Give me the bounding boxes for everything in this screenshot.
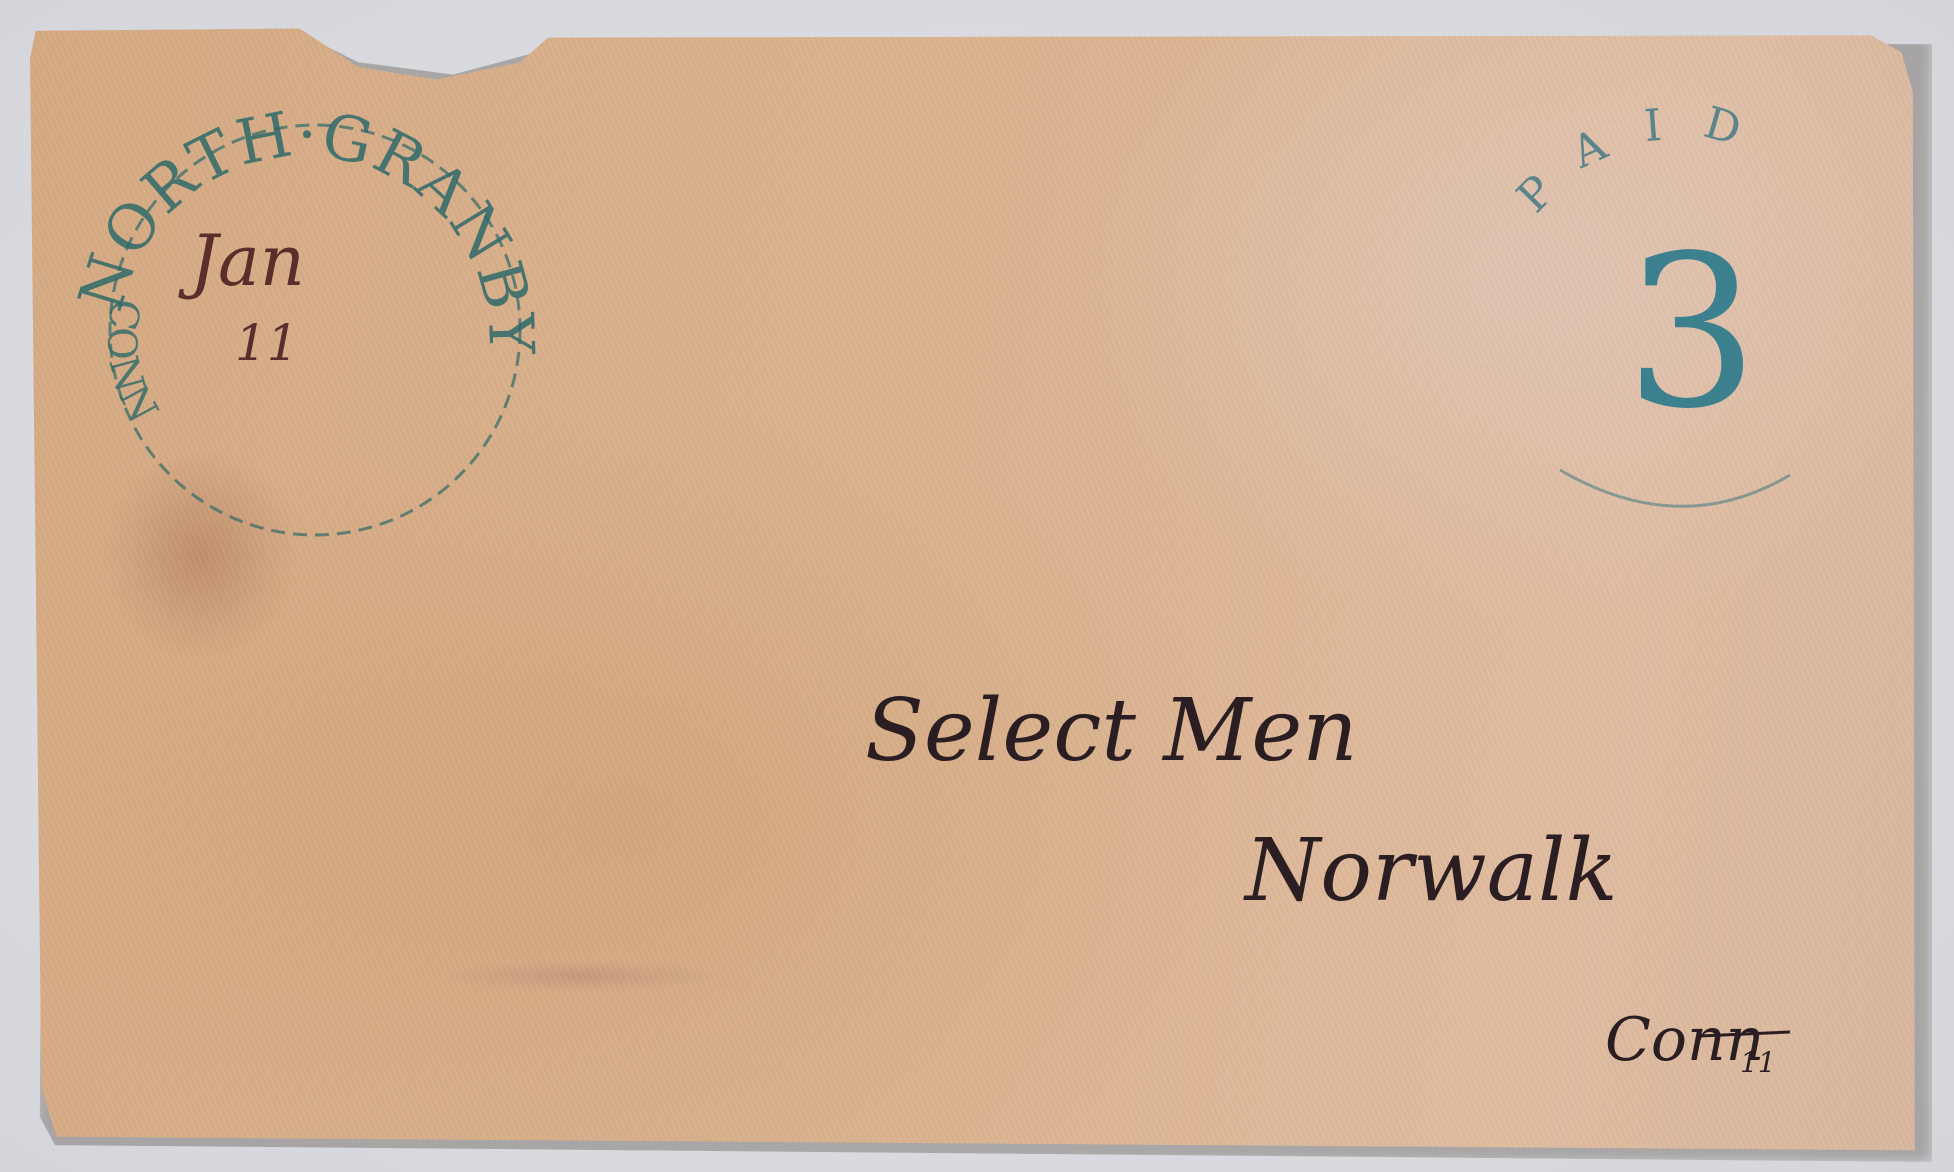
photo-scene: NORTH·GRANBY CONN Jan 11 PAID 3 Select M… bbox=[0, 0, 1954, 1172]
paid-text: PAID bbox=[1507, 97, 1783, 223]
postmark-month: Jan bbox=[178, 220, 305, 302]
postmark-state: CONN bbox=[98, 295, 167, 430]
envelope-markings: NORTH·GRANBY CONN Jan 11 PAID 3 Select M… bbox=[0, 0, 1954, 1172]
rate-numeral: 3 bbox=[1625, 210, 1759, 455]
address-line-3-mark: 11 bbox=[1740, 1046, 1776, 1079]
paid-handstamp: PAID 3 bbox=[1507, 97, 1790, 506]
paid-arc-line bbox=[1560, 470, 1790, 506]
postmark-day: 11 bbox=[235, 314, 299, 372]
town-postmark: NORTH·GRANBY CONN Jan 11 bbox=[64, 97, 548, 535]
address-line-1: Select Men bbox=[865, 681, 1358, 781]
manuscript-address: Select Men Norwalk Conn 11 bbox=[865, 681, 1790, 1079]
address-line-2: Norwalk bbox=[1243, 821, 1618, 921]
